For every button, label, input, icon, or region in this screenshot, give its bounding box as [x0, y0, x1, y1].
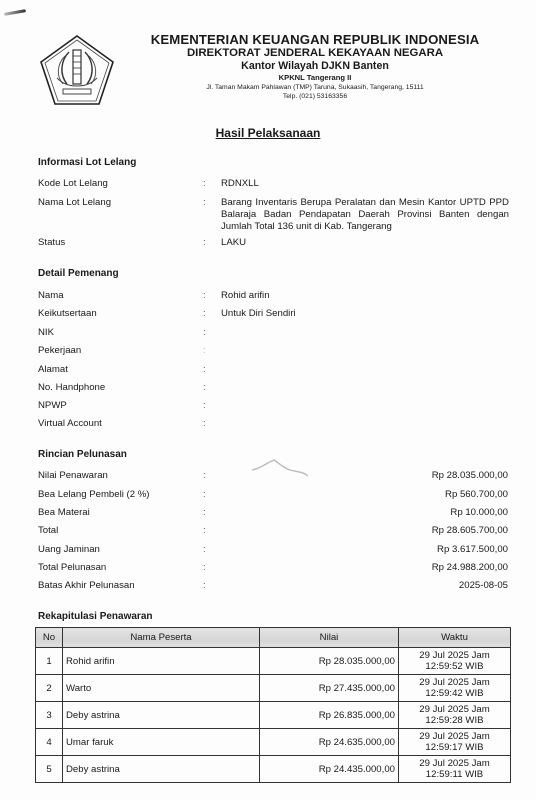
winner-name-value: Rohid arifin: [221, 290, 509, 302]
bid-date: 29 Jul 2025 Jam: [402, 704, 507, 715]
colon-separator: :: [203, 525, 206, 537]
bid-value-cell: Rp 26.835.000,00: [260, 702, 399, 729]
bid-no-cell: 4: [36, 729, 63, 756]
bidder-name-cell: Deby astrina: [63, 756, 260, 783]
bids-table-container: No Nama Peserta Nilai Waktu 1Rohid arifi…: [35, 627, 511, 783]
lot-name-value: Barang Inventaris Berupa Peralatan dan M…: [221, 197, 509, 233]
field-label: Alamat: [38, 364, 68, 376]
bid-clock-time: 12:59:11 WIB: [402, 769, 507, 780]
bid-clock-time: 12:59:52 WIB: [402, 661, 507, 672]
letterhead: KEMENTERIAN KEUANGAN REPUBLIK INDONESIA …: [150, 32, 480, 101]
kpknl-name: KPKNL Tangerang II: [150, 73, 480, 83]
bid-time-cell: 29 Jul 2025 Jam12:59:52 WIB: [399, 648, 511, 675]
colon-separator: :: [203, 237, 206, 249]
table-row: 3Deby astrinaRp 26.835.000,0029 Jul 2025…: [36, 702, 511, 729]
colon-separator: :: [203, 400, 206, 412]
bid-date: 29 Jul 2025 Jam: [402, 731, 507, 742]
field-label: Batas Akhir Pelunasan: [38, 580, 135, 592]
colon-separator: :: [203, 507, 206, 519]
bid-time-cell: 29 Jul 2025 Jam12:59:11 WIB: [399, 756, 511, 783]
table-row: 5Deby astrinaRp 24.435.000,0029 Jul 2025…: [36, 756, 511, 783]
scan-smudge: [4, 9, 26, 16]
field-label: Uang Jaminan: [38, 544, 100, 556]
bidder-name-cell: Umar faruk: [63, 729, 260, 756]
pen-scribble-mark: [250, 458, 310, 478]
office-address: Jl. Taman Makam Pahlawan (TMP) Taruna, S…: [150, 83, 480, 92]
field-label: Total Pelunasan: [38, 562, 106, 574]
office-phone: Telp. (021) 53163356: [150, 92, 480, 101]
colon-separator: :: [203, 345, 206, 357]
bid-no-cell: 1: [36, 648, 63, 675]
bids-table: No Nama Peserta Nilai Waktu 1Rohid arifi…: [35, 627, 511, 783]
colon-separator: :: [203, 562, 206, 574]
colon-separator: :: [203, 382, 206, 394]
column-header-time: Waktu: [399, 628, 511, 648]
bid-value-amount: Rp 28.035.000,00: [432, 470, 508, 482]
bid-no-cell: 5: [36, 756, 63, 783]
total-settlement-amount: Rp 24.988.200,00: [432, 562, 508, 574]
colon-separator: :: [203, 544, 206, 556]
field-label: Bea Materai: [38, 507, 90, 519]
colon-separator: :: [203, 197, 206, 209]
field-label: Status: [38, 237, 65, 249]
settlement-deadline-value: 2025-08-05: [459, 580, 508, 592]
section-payment-heading: Rincian Pelunasan: [38, 449, 127, 460]
deposit-amount: Rp 3.617.500,00: [437, 544, 508, 556]
field-label: Virtual Account: [38, 418, 102, 430]
regional-office-name: Kantor Wilayah DJKN Banten: [150, 60, 480, 73]
field-label: Kode Lot Lelang: [38, 178, 108, 190]
bid-time-cell: 29 Jul 2025 Jam12:59:17 WIB: [399, 729, 511, 756]
table-row: 2WartoRp 27.435.000,0029 Jul 2025 Jam12:…: [36, 675, 511, 702]
bid-time-cell: 29 Jul 2025 Jam12:59:42 WIB: [399, 675, 511, 702]
colon-separator: :: [203, 489, 206, 501]
bid-date: 29 Jul 2025 Jam: [402, 758, 507, 769]
column-header-no: No: [36, 628, 63, 648]
colon-separator: :: [203, 178, 206, 190]
field-label: Pekerjaan: [38, 345, 81, 357]
colon-separator: :: [203, 470, 206, 482]
field-label: Nama Lot Lelang: [38, 197, 111, 209]
bidder-name-cell: Warto: [63, 675, 260, 702]
field-label: Keikutsertaan: [38, 308, 97, 320]
bidder-name-cell: Deby astrina: [63, 702, 260, 729]
bidder-name-cell: Rohid arifin: [63, 648, 260, 675]
bid-time-cell: 29 Jul 2025 Jam12:59:28 WIB: [399, 702, 511, 729]
participation-value: Untuk Diri Sendiri: [221, 308, 509, 320]
bid-clock-time: 12:59:42 WIB: [402, 688, 507, 699]
section-lot-info-heading: Informasi Lot Lelang: [38, 157, 136, 168]
document-title: Hasil Pelaksanaan: [0, 126, 536, 140]
table-header-row: No Nama Peserta Nilai Waktu: [36, 628, 511, 648]
field-label: No. Handphone: [38, 382, 105, 394]
bid-no-cell: 3: [36, 702, 63, 729]
column-header-value: Nilai: [260, 628, 399, 648]
buyer-fee-amount: Rp 560.700,00: [445, 489, 508, 501]
field-label: NPWP: [38, 400, 67, 412]
table-row: 1Rohid arifinRp 28.035.000,0029 Jul 2025…: [36, 648, 511, 675]
bid-clock-time: 12:59:17 WIB: [402, 742, 507, 753]
colon-separator: :: [203, 327, 206, 339]
bid-date: 29 Jul 2025 Jam: [402, 650, 507, 661]
kemenkeu-emblem-icon: [39, 34, 115, 106]
field-label: NIK: [38, 327, 54, 339]
colon-separator: :: [203, 580, 206, 592]
status-value: LAKU: [221, 237, 509, 249]
section-winner-heading: Detail Pemenang: [38, 268, 119, 279]
lot-code-value: RDNXLL: [221, 178, 509, 190]
colon-separator: :: [203, 364, 206, 376]
colon-separator: :: [203, 290, 206, 302]
table-row: 4Umar farukRp 24.635.000,0029 Jul 2025 J…: [36, 729, 511, 756]
bid-no-cell: 2: [36, 675, 63, 702]
bid-value-cell: Rp 24.635.000,00: [260, 729, 399, 756]
colon-separator: :: [203, 308, 206, 320]
bid-clock-time: 12:59:28 WIB: [402, 715, 507, 726]
field-label: Total: [38, 525, 58, 537]
stamp-duty-amount: Rp 10.000,00: [450, 507, 508, 519]
ministry-name: KEMENTERIAN KEUANGAN REPUBLIK INDONESIA: [150, 32, 480, 47]
directorate-name: DIREKTORAT JENDERAL KEKAYAAN NEGARA: [150, 47, 480, 60]
bid-date: 29 Jul 2025 Jam: [402, 677, 507, 688]
bid-value-cell: Rp 28.035.000,00: [260, 648, 399, 675]
bid-value-cell: Rp 27.435.000,00: [260, 675, 399, 702]
colon-separator: :: [203, 418, 206, 430]
field-label: Nilai Penawaran: [38, 470, 108, 482]
column-header-name: Nama Peserta: [63, 628, 260, 648]
bid-value-cell: Rp 24.435.000,00: [260, 756, 399, 783]
total-amount: Rp 28.605.700,00: [432, 525, 508, 537]
field-label: Bea Lelang Pembeli (2 %): [38, 489, 149, 501]
section-bids-heading: Rekapitulasi Penawaran: [38, 611, 153, 622]
field-label: Nama: [38, 290, 64, 302]
